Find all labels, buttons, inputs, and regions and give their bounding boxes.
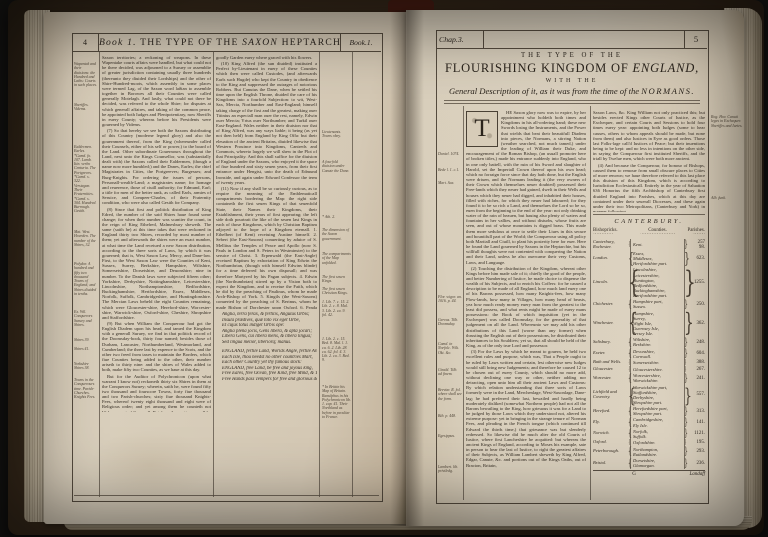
drop-cap-initial: T [466,111,498,147]
margin-note: Rog. Hov. Canuti leges in Exchequer. She… [711,115,743,128]
table-row: Lichfield and Coventry.{Warwickshire par… [593,384,705,406]
brace-left: { [628,349,631,358]
counties-list: Wiltshire, Berkshire. [632,337,683,347]
brace-left: { [628,367,631,372]
right-column-1: T HE Saxon glory now was to expire, by h… [466,110,586,498]
right-column-2: Saxon Laws, &c. King William not only pr… [593,110,705,500]
counties-list: Norfolk, Suffolk. [632,429,683,439]
squiggle-rule: ~~~~~~~~~~~~~~ [631,233,684,237]
brace-right: } [684,312,687,335]
running-title-saxon: SAXON [242,37,278,48]
margin-note: Flor. wigor. an. 1016. p. 44. [438,295,462,304]
brace-left: { [628,407,631,416]
brace-left: { [628,312,631,335]
table-top-rule [593,214,705,215]
left-column-2: goodly Garden euery where graced with hi… [216,55,317,455]
table-row: Hereford.{Herefordshire part, Shropshire… [593,405,705,416]
title-description: General Description of it, as it was fro… [449,86,641,96]
right-margin-notes-left: Daniel. 1074.Bede l. 1. c.1.Mart. Sax.Fl… [438,0,462,537]
margin-note: Yorkshire Shires 38. [74,362,97,371]
counties-list: Somersetshire. [632,360,683,365]
column-rule [352,51,353,497]
margin-note: * Ath. 2. [322,215,335,219]
bishopric-name: Salisbury. [593,340,627,345]
running-title-book: Book 1. [99,37,137,48]
margin-note: Breviar. R. fol. where shall see the for… [438,388,462,401]
margin-note: 1. Lib. 2. c. 15. Bed. 8. Mal. l. 1. ca.… [322,337,351,363]
counties-list: Oxfordshire. [632,440,683,445]
brace-left: { [628,338,631,347]
counties-list: Kent. [632,242,683,247]
right-page-number: 5 [684,30,707,48]
col-header-parishes: Parishes.~~~~~ [684,228,705,237]
body-paragraph: goodly Garden euery where graced with hi… [216,55,317,60]
margin-note: The dimension of the Saxon gouernment. [322,228,351,241]
brace-right: } [684,418,687,427]
right-page-header: Chap.3. 5 [436,30,707,49]
margin-note: Mat. West. Hoveden. The number of the Sh… [74,230,97,247]
margin-note: Towns in the Conquerours time. Parish-Ch… [74,378,97,399]
counties-list: Worcestershire, Warwickshire. [632,373,683,383]
column-rule [99,51,100,497]
left-margin-notes: Wapentak and their diuisions: the Hundre… [74,0,97,537]
table-row: Peterborough.{Northampton, Rutlandshire.… [593,446,705,457]
bishopric-name: Canterbury, Rochester. [593,240,627,250]
margin-note: Bib. p. 448. [438,414,456,418]
title-rule [444,100,700,101]
parishes-value: 241. [688,376,705,381]
title-line-3: WITH THE [440,78,704,84]
bishopric-name: Lincoln. [593,280,627,285]
body-paragraph: (7) So that hereby we see both the Saxon… [102,128,211,205]
parishes-value: 267. [688,367,705,372]
parishes-value: 1121. [688,431,705,436]
table-row: Bristol.{Dorsetshire, Glamorgan.}236. [593,458,705,469]
margin-note: Lambert. lib. priviledg. [438,465,462,474]
table-row: Ely.{Cambridgeshire, Ely Isle.}141. [593,417,705,428]
brace-right: } [684,386,687,404]
parishes-value: 248. [688,340,705,345]
col-header-counties: Counties.~~~~~~~~~~~~~~ [631,228,684,237]
bishopric-name: Worcester. [593,376,627,381]
verse-line: Libera Gens, cui libera mens, & libera l… [222,334,317,340]
parishes-value: 257 98. [688,240,705,250]
verse-line: Sed lingua melior, liberiorq; manus. [222,340,317,346]
brace-right: } [684,367,687,372]
brace-left: { [628,242,631,247]
squiggle-rule: ~~~~~~~~ [593,233,631,237]
bishopric-name: Ely. [593,420,627,425]
body-paragraph: (8) Since that first and politick distri… [102,207,211,320]
margin-note: Camd. in Norfolc. Wilt. Okt. &c. [438,342,462,355]
title-line-4: General Description of it, as it was fro… [440,86,704,96]
counties-list: Hampshire part, Sussex. [632,299,683,309]
verse-line: Anglia, terra ferax, & fertilis, Angulus… [222,312,317,318]
parishes-value: 195. [688,440,705,445]
margin-note: A fourfold diuision under Canute the Dan… [322,160,351,173]
margin-note: 1. Lib. 7. c. 15. 2. Lib. 2. c. 8. Mal. … [322,300,351,317]
body-paragraph: Saxon territories; a reckoning of weapon… [102,55,211,127]
left-column-2-text: goodly Garden euery where graced with hi… [216,55,317,309]
bishopric-name: Lichfield and Coventry. [593,390,627,400]
running-title-a: THE TYPE OF THE [137,37,242,48]
brace-right: } [684,360,687,365]
squiggle-rule: ~~~~~ [684,233,705,237]
signature-mark: G [593,472,675,477]
brace-left: { [628,386,631,404]
brace-right: } [684,338,687,347]
bishopric-name: London. [593,256,627,261]
bishopric-name: Hereford. [593,409,627,414]
right-margin-notes-right: Rog. Hov. Canuti leges in Exchequer. She… [711,0,743,537]
margin-note: Lieutenants. Towns obey. [322,130,351,139]
title-line-2: FLOURISHING KINGDOM OF ENGLAND, [440,61,704,76]
bishopric-name: Chichester. [593,302,627,307]
bishopric-name: Oxford. [593,440,627,445]
counties-list: Dorsetshire, Glamorgan. [632,458,683,468]
body-paragraph: But for the Auditor of Polychronicon (up… [102,374,211,412]
margin-note: The first seuen Kings. [322,275,351,284]
body-paragraph: (2) Touching the distribution of the Kin… [466,266,586,349]
gutter-shadow [390,10,424,526]
margin-note: Wapentak and their diuisions: the Hundre… [74,62,97,88]
body-paragraph: (9) But when William the Conquerour had … [102,321,211,373]
bishopric-name: Winchester. [593,321,627,326]
margin-note: The first seuen Christian Kings. [322,287,351,296]
parishes-value: 604. [688,351,705,356]
column-rule [319,51,320,497]
brace-left: { [628,440,631,445]
column-rule [463,106,464,500]
left-margin-notes-right: Lieutenants. Towns obey.A fourfold diuis… [322,0,351,537]
parishes-value: 388. [688,360,705,365]
title-block: THE TYPE OF THE FLOURISHING KINGDOM OF E… [440,52,704,96]
counties-list: Gloucestershire. [632,367,683,372]
right-column-2-text: Saxon Laws, &c. King William not only pr… [593,110,705,212]
brace-left: { [628,360,631,365]
parishes-value: 623. [688,256,705,261]
brace-right: } [684,440,687,445]
margin-note: * In Brittin his Map of Britain. Ranulph… [322,385,351,419]
bishopric-name: Gloucester. [593,367,627,372]
table-row: Exeter.{Devonshire, Cornwall.}604. [593,348,705,359]
margin-note: Sheriffes. Videms. [74,103,97,112]
margin-note: Alb. funk. [711,196,726,200]
column-rule [213,51,214,497]
verse-line: ENGLAND, fertile Land, Worlds Angle, fer… [222,349,317,355]
table-row: Norwich.{Norfolk, Suffolk.}1121. [593,428,705,439]
latin-verse: Anglia, terra ferax, & fertilis, Angulus… [216,312,317,345]
brace-right: } [684,447,687,456]
title-kingdom: FLOURISHING KINGDOM OF [445,61,633,75]
brace-left: { [628,429,631,438]
counties-list: Hampshire, Surrey, Wight Isle, Guernsey … [632,311,683,336]
table-row: Bath and Wells.{Somersetshire.}388. [593,359,705,366]
brace-right: } [684,429,687,438]
body-paragraph: (11) Now if any shall be so curiously cu… [216,186,317,309]
body-paragraph: (10) King Alfred (the sun diuided) insti… [216,61,317,185]
parishes-value: 236. [688,461,705,466]
parishes-value: 293. [688,449,705,454]
brace-left: { [628,459,631,468]
brace-left: { [628,252,631,266]
title-line-1: THE TYPE OF THE [440,52,704,59]
catchword: Landaff [675,472,705,477]
table-row: Oxford.{Oxfordshire.}195. [593,440,705,447]
english-verse: ENGLAND, fertile Land, Worlds Angle, fer… [216,349,317,382]
margin-note: Polydor. A hundred and fifty two thousan… [74,262,97,296]
brace-right: } [684,459,687,468]
table-row: Gloucester.{Gloucestershire.}267. [593,366,705,373]
table-title: CANTERBURY. [593,218,705,225]
margin-note: Bede l. 1. c.1. [438,168,459,172]
margin-note: Ex. Wil. Conquerors Suruey and Shires. [74,310,97,327]
parishes-value: 141. [688,420,705,425]
book-photo: 4 Book 1. THE TYPE OF THE SAXON HEPTARCH… [0,0,768,537]
brace-right: } [684,349,687,358]
title-normans: NORMANS. [641,86,695,96]
verse-line: Free Hands pass Tempers for free and glo… [222,377,317,383]
margin-note: The compartments of the Map unfolded. [322,252,351,265]
counties-list: Devonshire, Cornwall. [632,349,683,359]
brace-left: { [628,374,631,383]
counties-list: Cambridgeshire, Ely Isle. [632,417,683,427]
col-header-bishopricks: Bishopricks.~~~~~~~~ [593,228,631,237]
counties-list: Northampton, Rutlandshire. [632,447,683,457]
bishopric-name: Norwich. [593,431,627,436]
body-paragraph: (4) And because the Conquerour, for hono… [593,163,705,212]
body-paragraph: (3) For the Laws by which he meant to go… [466,349,586,468]
brace-right: } [684,374,687,383]
table-row: Lincoln.{Lincolnshire, Leicestershire, H… [593,267,705,299]
parishes-value: 250. [688,302,705,307]
brace-left: { [628,269,631,296]
column-rule [590,106,591,500]
margin-note: Gervas. Tilb. Doomsday. [438,318,462,327]
body-paragraph: Saxon Laws, &c. King William not only pr… [593,110,705,162]
margin-note: Mart. Sax. [438,181,454,185]
brace-right: } [684,252,687,266]
brace-right: } [684,407,687,416]
table-footer: G Landaff [593,470,705,477]
margin-note: Girald. Tilb. ad finem. [438,368,462,377]
brace-right: } [684,269,687,296]
brace-right: } [684,240,687,249]
title-england: ENGLAND, [633,61,699,75]
margin-note: Ealdermen. Earles. *Camd. fo. 107. Lamb.… [74,145,97,214]
margin-note: Shires 39. [74,338,89,342]
bishopric-name: Exeter. [593,351,627,356]
bishopric-name: Peterborough. [593,449,627,454]
title-rule [444,103,700,104]
table-header: Bishopricks.~~~~~~~~ Counties.~~~~~~~~~~… [593,228,705,237]
table-row: Winchester.{Hampshire, Surrey, Wight Isl… [593,310,705,337]
margin-note: Daniel. 1074. [438,152,459,156]
left-column-1: Saxon territories; a reckoning of weapon… [102,55,211,412]
margin-note: Shires 41. [74,347,89,351]
brace-left: { [628,447,631,456]
bishopric-name: Bristol. [593,461,627,466]
left-running-title: Book 1. THE TYPE OF THE SAXON HEPTARCHY. [99,37,340,48]
margin-note: Egesippus. [438,434,455,438]
canterbury-table-rows: Canterbury, Rochester.{Kent.}257 98.Lond… [593,239,705,469]
counties-list: Herefordshire part, Shropshire part. [632,406,683,416]
counties-list: Warwickshire part, Staffordshire, Derbys… [632,385,683,405]
bishopric-name: Bath and Wells. [593,360,627,365]
counties-list: Essex, Middlesex, Hertfordshire part. [632,251,683,266]
table-row: Salisbury.{Wiltshire, Berkshire.}248. [593,337,705,348]
parishes-value: 313. [688,409,705,414]
verse-line: Free Eares, free Ocean, free Kind, free … [222,371,317,377]
brace-left: { [628,418,631,427]
